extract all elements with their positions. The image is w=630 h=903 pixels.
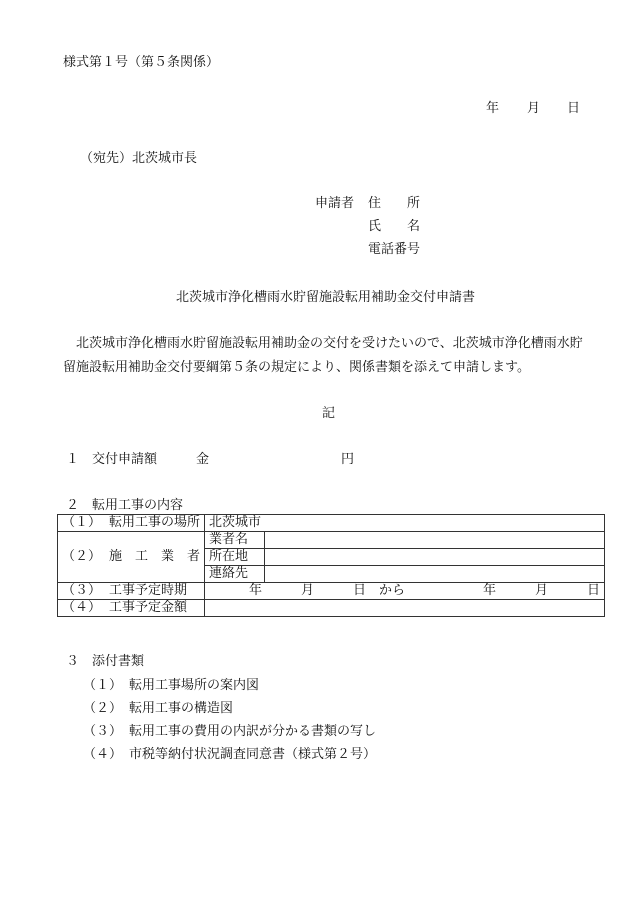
body-line-2: 留施設転用補助金交付要綱第５条の規定により、関係書類を添えて申請します。 <box>63 356 530 375</box>
attachment-text: 転用工事の費用の内訳が分かる書類の写し <box>129 720 376 739</box>
contractor-contact-label: 連絡先 <box>205 566 265 583</box>
row-num: （４） <box>58 600 106 617</box>
contractor-contact-field[interactable] <box>265 566 605 583</box>
row-num: （２） <box>58 532 106 583</box>
row-num: （１） <box>58 515 106 532</box>
section1-label: １ 交付申請額 <box>66 448 157 467</box>
table-row: （３） 工事予定時期 年 月 日 から 年 月 日 <box>58 583 605 600</box>
location-value: 北茨城市 <box>205 515 605 532</box>
table-row: （２） 施 工 業 者 業者名 <box>58 532 605 549</box>
amount-field[interactable] <box>205 600 605 617</box>
form-number: 様式第１号（第５条関係） <box>63 51 219 70</box>
row-label: 転用工事の場所 <box>105 515 205 532</box>
row-label: 工事予定時期 <box>105 583 205 600</box>
attachment-num: （２） <box>83 697 122 716</box>
attachment-num: （１） <box>83 674 122 693</box>
attachment-num: （３） <box>83 720 122 739</box>
row-num: （３） <box>58 583 106 600</box>
phone-label: 電話番号 <box>368 238 420 257</box>
applicant-label: 申請者 <box>315 192 354 211</box>
attachment-num: （４） <box>83 743 122 762</box>
attachment-text: 転用工事場所の案内図 <box>129 674 259 693</box>
section2-label: ２ 転用工事の内容 <box>66 494 183 513</box>
name-label: 氏 名 <box>368 215 420 234</box>
section1-yen: 円 <box>341 448 354 467</box>
date-day: 日 <box>567 97 580 116</box>
attachment-text: 市税等納付状況調査同意書（様式第２号） <box>129 743 376 762</box>
section3-label: ３ 添付書類 <box>66 650 144 669</box>
body-line-1: 北茨城市浄化槽雨水貯留施設転用補助金の交付を受けたいので、北茨城市浄化槽雨水貯 <box>76 332 583 351</box>
addressee: （宛先）北茨城市長 <box>80 147 197 166</box>
schedule-value: 年 月 日 から 年 月 日 <box>205 583 605 600</box>
table-row: （１） 転用工事の場所 北茨城市 <box>58 515 605 532</box>
address-label: 住 所 <box>368 192 420 211</box>
row-label: 施 工 業 者 <box>105 532 205 583</box>
section1-kin: 金 <box>196 448 209 467</box>
date-year: 年 <box>486 97 499 116</box>
construction-table: （１） 転用工事の場所 北茨城市 （２） 施 工 業 者 業者名 所在地 連絡先… <box>57 514 605 617</box>
row-label: 工事予定金額 <box>105 600 205 617</box>
ki-heading: 記 <box>322 402 335 421</box>
contractor-name-field[interactable] <box>265 532 605 549</box>
contractor-address-field[interactable] <box>265 549 605 566</box>
contractor-address-label: 所在地 <box>205 549 265 566</box>
date-month: 月 <box>527 97 540 116</box>
attachment-text: 転用工事の構造図 <box>129 697 233 716</box>
contractor-name-label: 業者名 <box>205 532 265 549</box>
document-title: 北茨城市浄化槽雨水貯留施設転用補助金交付申請書 <box>176 286 475 305</box>
table-row: （４） 工事予定金額 <box>58 600 605 617</box>
